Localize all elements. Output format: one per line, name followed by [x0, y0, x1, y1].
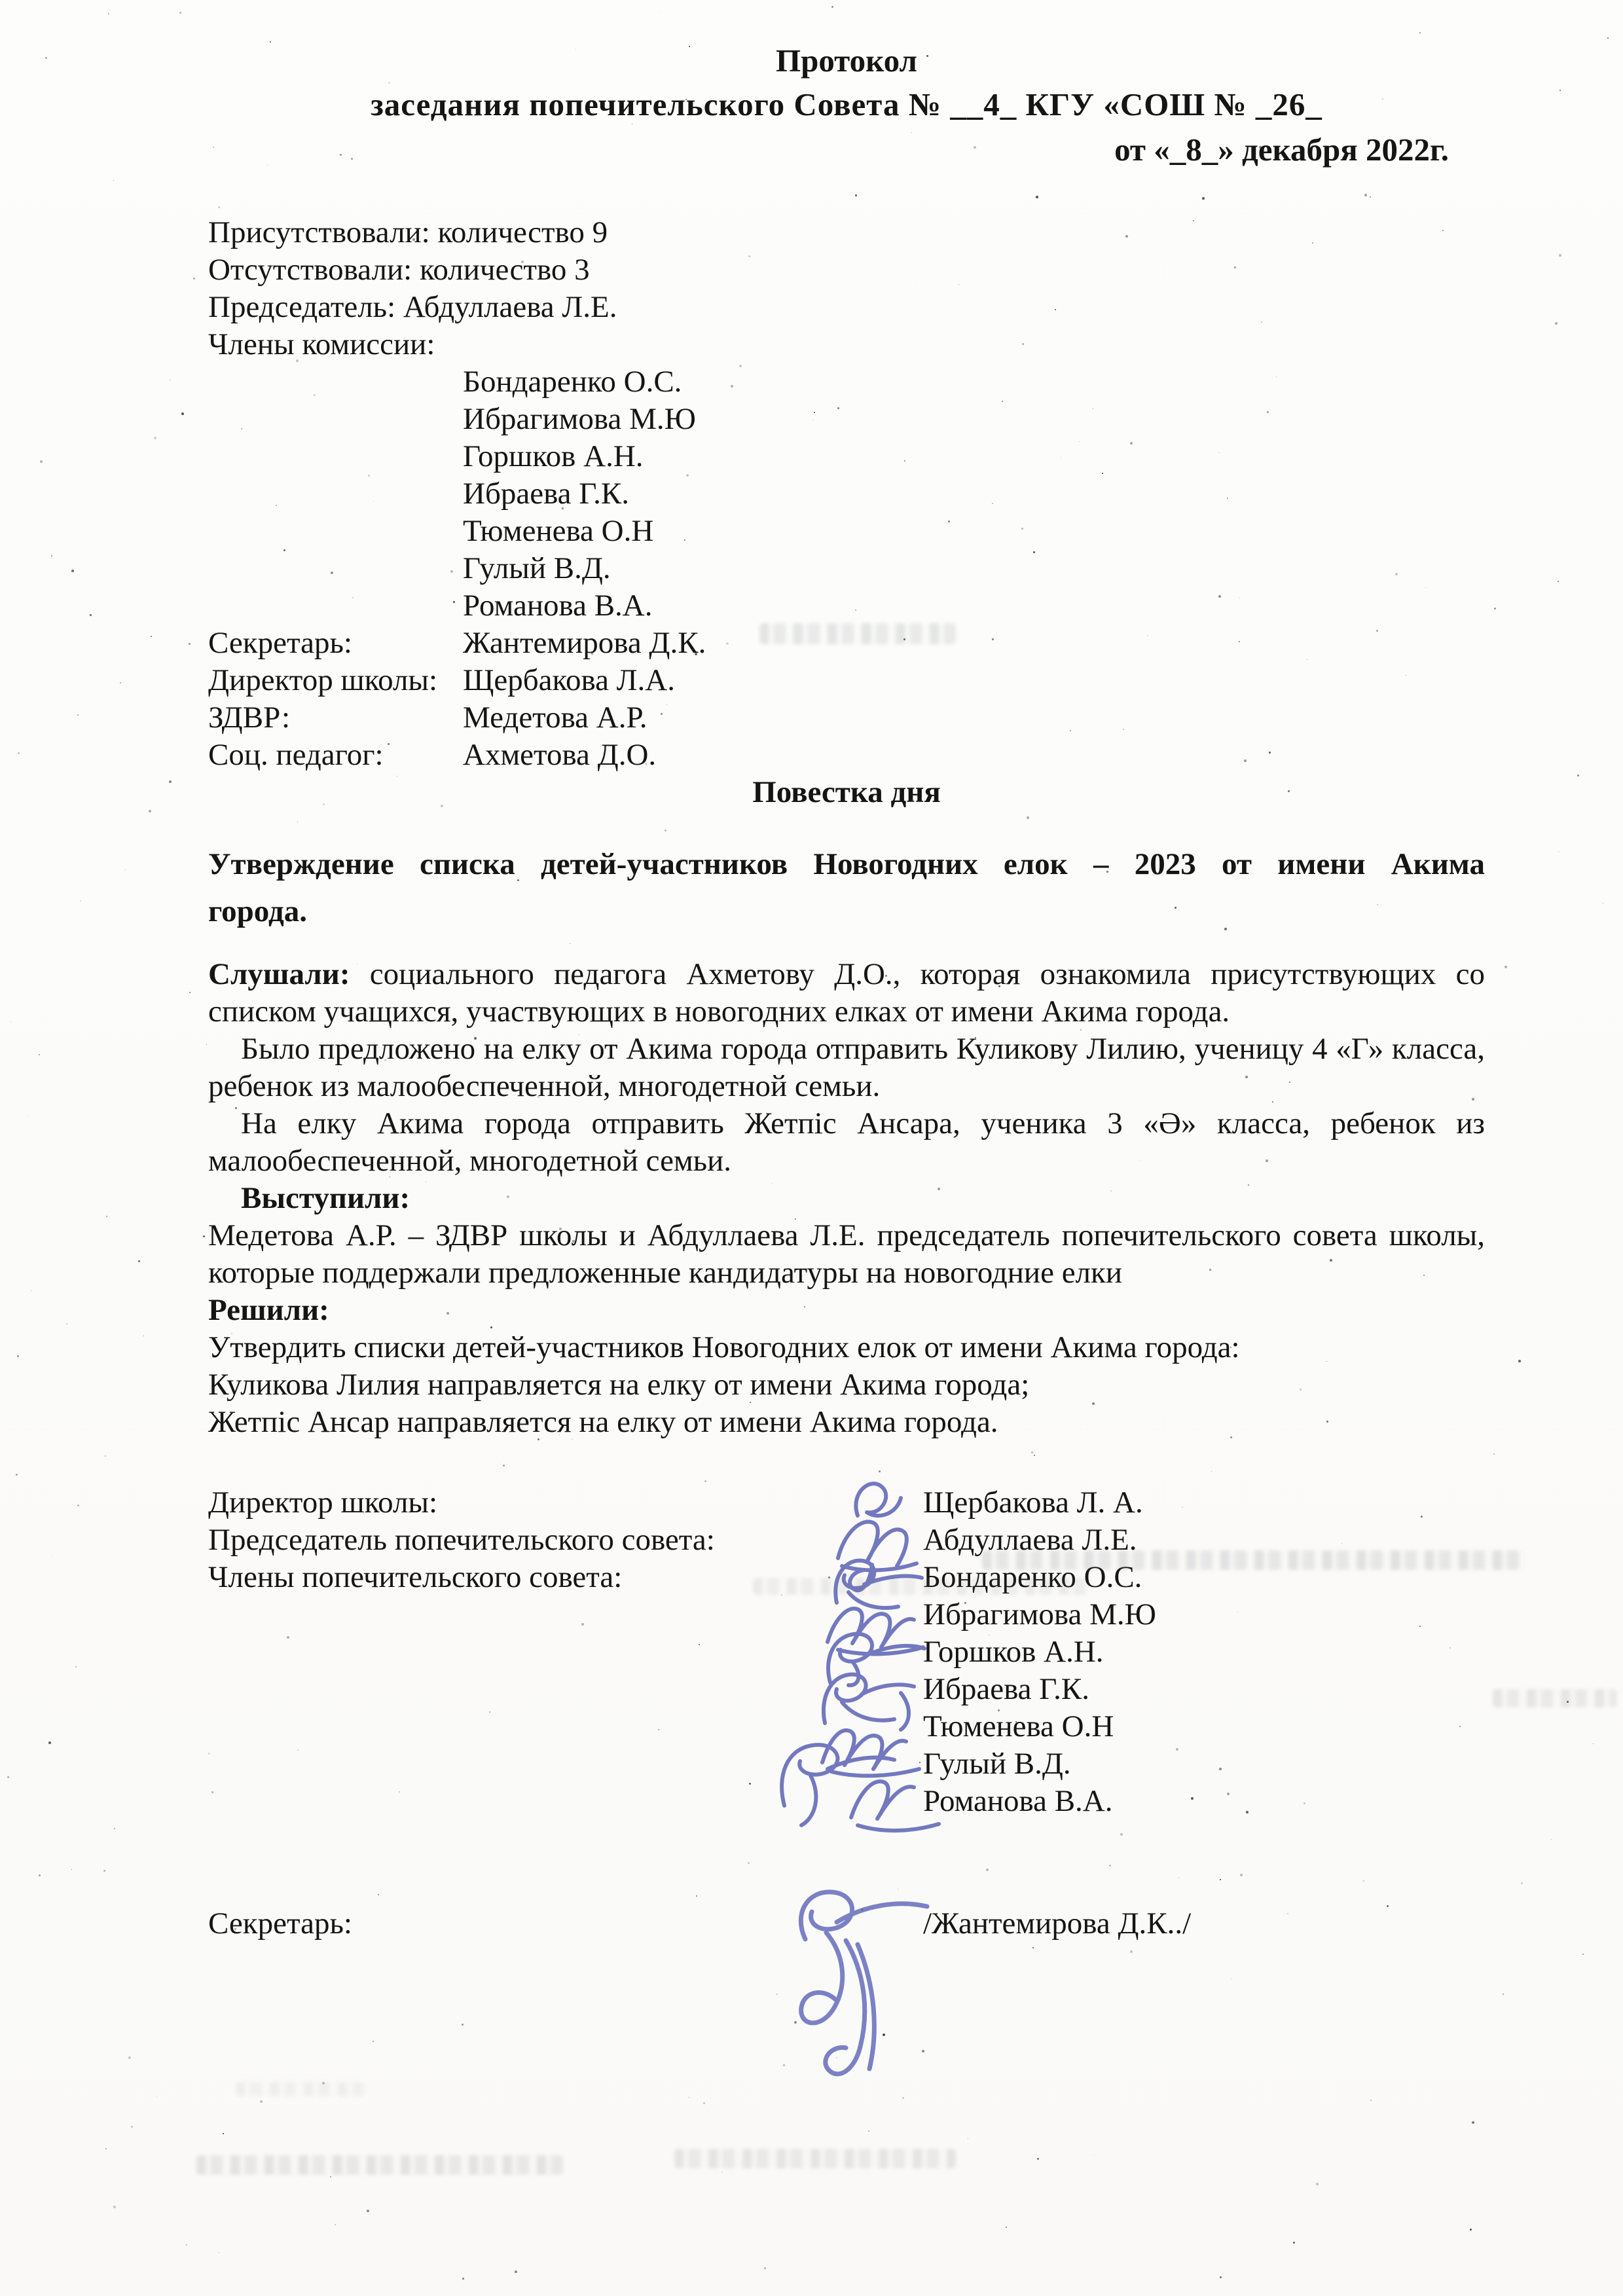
scan-speck — [926, 55, 928, 57]
scan-speck — [1521, 1882, 1523, 1884]
scan-speck — [1230, 1436, 1232, 1438]
scan-speck — [80, 900, 81, 902]
scan-speck — [1518, 1360, 1521, 1362]
scan-speck — [750, 1402, 751, 1403]
scan-speck — [1031, 1451, 1033, 1453]
scan-speck — [1577, 774, 1579, 776]
scan-speck — [103, 1870, 105, 1872]
secretary-signature-flourish — [801, 1892, 927, 2074]
scan-speck — [1176, 1748, 1178, 1751]
scan-speck — [581, 1623, 584, 1626]
scan-speck — [764, 2267, 766, 2269]
scan-speck — [1006, 2227, 1007, 2228]
scan-speck — [794, 2021, 797, 2024]
member-name: Гулый В.Д. — [463, 550, 1485, 587]
scan-speck — [113, 2206, 116, 2208]
scan-speck — [170, 380, 170, 380]
scan-speck — [562, 507, 564, 509]
scan-speck — [938, 1188, 940, 1190]
scan-speck — [179, 12, 181, 14]
role-label: Секретарь: — [208, 625, 463, 662]
role-label: Соц. педагог: — [208, 737, 463, 774]
member-name: Романова В.А. — [463, 587, 1485, 625]
scan-speck — [125, 869, 126, 870]
scan-speck — [831, 6, 833, 8]
spoke-label: Выступили: — [208, 1180, 1485, 1217]
scan-speck — [1330, 1259, 1332, 1262]
scan-speck — [1123, 729, 1124, 730]
scan-speck — [1442, 230, 1444, 231]
scan-speck — [1245, 1076, 1248, 1078]
signature-scribble — [856, 1484, 901, 1516]
scan-speck — [919, 1762, 921, 1763]
scan-speck — [1472, 2121, 1474, 2124]
agenda-heading: Повестка дня — [208, 774, 1485, 811]
decided-label: Решили: — [208, 1292, 1485, 1329]
scan-speck — [1267, 411, 1269, 413]
scan-speck — [441, 805, 443, 807]
scan-speck — [828, 1576, 830, 1578]
scan-speck — [1593, 1743, 1594, 1744]
role-name: Жантемирова Д.К. — [463, 625, 706, 662]
scan-speck — [521, 261, 524, 263]
decided-line: Куликова Лилия направляется на елку от и… — [208, 1366, 1485, 1404]
scan-speck — [186, 2244, 187, 2246]
scan-speck — [276, 505, 277, 506]
scanned-protocol-page: Протокол заседания попечительского Совет… — [0, 0, 1623, 2296]
scan-speck — [1555, 322, 1558, 325]
scan-speck — [1559, 90, 1561, 91]
scan-speck — [7, 1776, 9, 1778]
minutes-body: Слушали: социального педагога Ахметову Д… — [208, 956, 1485, 1441]
scan-speck — [1120, 1833, 1123, 1836]
member-name: Горшков А.Н. — [463, 438, 1485, 475]
scan-speck — [77, 1504, 79, 1506]
scan-speck — [748, 255, 750, 257]
scan-speck — [18, 752, 20, 754]
scan-speck — [208, 1753, 210, 1755]
agenda-item: Утверждение списка детей-участников Ново… — [208, 841, 1485, 935]
commission-members-list: Бондаренко О.С. Ибрагимова М.Ю Горшков А… — [463, 363, 1485, 625]
scan-speck — [814, 412, 815, 413]
heard-text: социального педагога Ахметову Д.О., кото… — [208, 957, 1485, 1029]
handwritten-signatures-overlay — [642, 1467, 982, 2121]
bleedthrough-artifact — [236, 2082, 367, 2096]
scan-speck — [1503, 1994, 1504, 1995]
scan-speck — [1032, 1947, 1034, 1948]
scan-speck — [587, 1353, 589, 1356]
scan-speck — [1607, 37, 1609, 39]
scan-speck — [1230, 1347, 1231, 1348]
scan-speck — [1219, 1768, 1222, 1770]
scan-speck — [1209, 1269, 1211, 1271]
scan-speck — [1558, 851, 1559, 852]
scan-speck — [1493, 1453, 1495, 1455]
scan-speck — [1102, 473, 1103, 474]
present-line: Присутствовали: количество 9 — [208, 214, 1485, 251]
scan-speck — [1304, 1802, 1305, 1804]
scan-speck — [75, 1666, 77, 1667]
scan-speck — [181, 412, 184, 415]
scan-speck — [1326, 1421, 1328, 1423]
scan-speck — [193, 278, 195, 280]
role-label: ЗДВР: — [208, 699, 463, 737]
member-name: Ибрагимова М.Ю — [463, 401, 1485, 438]
scan-speck — [855, 194, 857, 196]
member-name: Ибраева Г.К. — [463, 475, 1485, 513]
scan-speck — [106, 1216, 107, 1217]
scan-speck — [1036, 196, 1038, 198]
scan-speck — [447, 1312, 449, 1315]
scan-speck — [661, 713, 663, 715]
scan-speck — [1259, 146, 1262, 149]
scan-speck — [992, 638, 994, 640]
scan-speck — [40, 460, 43, 463]
proposal-paragraph-2: На елку Акима города отправить Жетпіс Ан… — [208, 1105, 1485, 1180]
role-row-zdvr: ЗДВР: Медетова А.Р. — [208, 699, 1485, 737]
scan-speck — [367, 2210, 369, 2212]
scan-speck — [892, 1357, 893, 1358]
scan-speck — [223, 2133, 224, 2134]
title-line-2: заседания попечительского Совета № __4_ … — [208, 86, 1485, 123]
scan-speck — [559, 1228, 562, 1230]
scan-speck — [1092, 1402, 1095, 1405]
scan-speck — [189, 992, 191, 993]
scan-speck — [31, 1290, 31, 1291]
scan-speck — [1202, 197, 1205, 200]
scan-speck — [151, 636, 152, 637]
bleedthrough-artifact — [982, 1550, 1525, 1570]
scan-speck — [1130, 442, 1133, 445]
scan-speck — [726, 642, 729, 645]
scan-speck — [1246, 1811, 1249, 1813]
absent-line: Отсутствовали: количество 3 — [208, 251, 1485, 289]
scan-speck — [1382, 98, 1383, 100]
scan-speck — [51, 555, 52, 556]
scan-speck — [1370, 2100, 1372, 2101]
scan-speck — [120, 682, 121, 683]
scan-speck — [437, 1350, 439, 1351]
scan-speck — [1055, 309, 1056, 310]
scan-speck — [351, 158, 353, 160]
scan-speck — [154, 437, 156, 439]
scan-speck — [879, 1470, 881, 1472]
decided-line: Жетпіс Ансар направляется на елку от име… — [208, 1404, 1485, 1441]
role-name: Щербакова Л.А. — [463, 662, 675, 699]
scan-speck — [968, 2138, 968, 2139]
scan-speck — [1218, 595, 1221, 598]
scan-speck — [105, 2148, 107, 2149]
scan-speck — [739, 365, 742, 367]
scan-speck — [71, 570, 74, 572]
bleedthrough-artifact — [1493, 1689, 1617, 1707]
scan-speck — [883, 2033, 885, 2036]
scan-speck — [1080, 1029, 1082, 1030]
scan-speck — [1504, 966, 1507, 968]
heard-label: Слушали: — [208, 957, 350, 991]
scan-speck — [90, 614, 92, 616]
scan-speck — [143, 1336, 144, 1336]
scan-speck — [903, 638, 905, 640]
scan-speck — [52, 1556, 53, 1556]
scan-speck — [922, 2050, 924, 2052]
member-name: Бондаренко О.С. — [463, 363, 1485, 401]
scan-speck — [39, 1054, 40, 1055]
scan-speck — [1106, 871, 1108, 873]
scan-speck — [974, 146, 976, 149]
scan-speck — [1423, 1275, 1425, 1276]
role-label: Директор школы: — [208, 662, 463, 699]
scan-speck — [1288, 790, 1290, 792]
scan-speck — [71, 1869, 72, 1870]
scan-speck — [462, 2024, 464, 2026]
scan-speck — [189, 643, 191, 645]
scan-speck — [1094, 2155, 1095, 2155]
scan-speck — [283, 549, 285, 551]
scan-speck — [1494, 608, 1496, 610]
scan-speck — [489, 1711, 490, 1713]
scan-speck — [695, 653, 697, 655]
scan-speck — [1559, 254, 1561, 257]
scan-speck — [108, 13, 109, 14]
scan-speck — [17, 1355, 19, 1357]
scan-speck — [128, 2056, 131, 2059]
scan-speck — [297, 1749, 299, 1751]
scan-speck — [1551, 1839, 1552, 1840]
scan-speck — [219, 2252, 219, 2253]
scan-speck — [389, 1176, 391, 1178]
scan-speck — [1244, 759, 1247, 762]
scan-speck — [975, 1037, 976, 1038]
scan-speck — [904, 460, 905, 462]
scan-speck — [1231, 1978, 1231, 1979]
spoke-text: Медетова А.Р. – ЗДВР школы и Абдуллаева … — [208, 1217, 1485, 1292]
title-line-1: Протокол — [208, 42, 1485, 79]
scan-speck — [388, 743, 390, 745]
scan-speck — [776, 1994, 778, 1995]
scan-speck — [646, 763, 647, 765]
scan-speck — [1363, 1880, 1364, 1882]
chairman-line: Председатель: Абдуллаева Л.Е. — [208, 289, 1485, 326]
bleedthrough-artifact — [759, 623, 956, 644]
scan-speck — [203, 1235, 205, 1237]
scan-speck — [378, 1894, 379, 1895]
scan-speck — [515, 2270, 517, 2273]
scan-speck — [330, 2176, 331, 2178]
scan-speck — [1287, 1913, 1288, 1914]
title-line-3: от «_8_» декабря 2022г. — [208, 131, 1485, 168]
scan-speck — [1582, 1954, 1584, 1955]
signature-scribble — [851, 1781, 939, 1831]
scan-speck — [721, 2172, 722, 2172]
scan-speck — [206, 1044, 207, 1045]
member-name: Тюменева О.Н — [463, 513, 1485, 550]
scan-speck — [1293, 2242, 1295, 2244]
scan-speck — [503, 1465, 505, 1467]
scan-speck — [314, 394, 316, 396]
scan-speck — [812, 420, 813, 420]
scan-speck — [1037, 2158, 1039, 2160]
scan-speck — [287, 1636, 289, 1639]
scan-speck — [156, 2096, 157, 2097]
scan-speck — [1234, 266, 1236, 268]
scan-speck — [235, 1107, 237, 1109]
scan-speck — [138, 1260, 140, 1262]
scan-speck — [48, 1741, 51, 1744]
scan-speck — [113, 180, 114, 181]
scan-speck — [699, 1644, 700, 1645]
scan-speck — [696, 1895, 697, 1897]
scan-speck — [462, 2278, 464, 2280]
scan-speck — [270, 41, 271, 43]
scan-speck — [868, 2130, 869, 2132]
attendance-section: Присутствовали: количество 9 Отсутствова… — [208, 214, 1485, 811]
scan-speck — [981, 1419, 983, 1421]
scan-speck — [1015, 1721, 1017, 1722]
scan-speck — [1227, 498, 1228, 499]
scan-speck — [1002, 401, 1003, 402]
scan-speck — [685, 99, 687, 100]
scan-speck — [902, 2097, 904, 2099]
role-name: Медетова А.Р. — [463, 699, 647, 737]
scan-speck — [442, 1270, 445, 1273]
scan-speck — [1191, 1797, 1194, 1800]
scan-speck — [149, 810, 151, 812]
scan-speck — [211, 1791, 213, 1793]
scan-speck — [16, 1474, 18, 1476]
bleedthrough-artifact — [196, 2155, 563, 2175]
scan-speck — [1289, 1082, 1290, 1083]
scan-speck — [114, 1828, 115, 1829]
scan-speck — [450, 570, 453, 573]
signature-scribble — [824, 1675, 914, 1730]
scan-speck — [1276, 376, 1277, 377]
scan-speck — [1110, 1190, 1112, 1192]
scan-speck — [1272, 1101, 1273, 1102]
heard-paragraph: Слушали: социального педагога Ахметову Д… — [208, 956, 1485, 1030]
role-name: Ахметова Д.О. — [463, 737, 656, 774]
scan-speck — [1558, 581, 1559, 582]
proposal-paragraph-1: Было предложено на елку от Акима города … — [208, 1030, 1485, 1105]
signature-scribble — [782, 1745, 894, 1825]
scan-speck — [1316, 2183, 1319, 2185]
scan-speck — [384, 1059, 386, 1061]
scan-speck — [1603, 903, 1603, 903]
scan-speck — [1300, 1389, 1302, 1391]
scan-speck — [10, 1021, 11, 1022]
scan-speck — [1450, 1647, 1451, 1649]
scan-speck — [260, 2100, 263, 2103]
scan-speck — [686, 474, 689, 477]
scan-speck — [213, 147, 214, 148]
scan-speck — [1470, 2229, 1472, 2231]
scan-speck — [66, 1323, 67, 1324]
scan-speck — [39, 1874, 41, 1876]
scan-speck — [131, 2126, 133, 2128]
scan-speck — [1312, 242, 1313, 244]
role-row-director: Директор школы: Щербакова Л.А. — [208, 662, 1485, 699]
scan-speck — [373, 2041, 374, 2042]
scan-speck — [1130, 1950, 1133, 1953]
scan-speck — [855, 610, 856, 611]
scan-speck — [77, 714, 79, 716]
scan-speck — [1377, 904, 1378, 905]
scan-speck — [169, 780, 172, 783]
members-label: Члены комиссии: — [208, 326, 1485, 363]
scan-speck — [998, 985, 1000, 987]
scan-speck — [1364, 194, 1367, 196]
bleedthrough-artifact — [753, 1578, 1093, 1595]
scan-speck — [211, 1018, 213, 1019]
scan-speck — [1269, 752, 1271, 754]
scan-speck — [1266, 1159, 1268, 1162]
scan-speck — [703, 2102, 705, 2104]
scan-speck — [507, 1195, 509, 1198]
scan-speck — [1220, 2276, 1222, 2278]
scan-speck — [1220, 1879, 1221, 1880]
role-row-social-pedagogue: Соц. педагог: Ахметова Д.О. — [208, 737, 1485, 774]
decided-line: Утвердить списки детей-участников Нового… — [208, 1329, 1485, 1366]
scan-speck — [45, 57, 47, 59]
bleedthrough-artifact — [674, 2149, 956, 2168]
scan-speck — [340, 154, 342, 156]
scan-speck — [684, 539, 685, 541]
scan-speck — [105, 1455, 106, 1457]
scan-speck — [412, 238, 415, 241]
scan-speck — [335, 2224, 336, 2225]
scan-speck — [911, 799, 914, 801]
scan-speck — [28, 1116, 29, 1117]
